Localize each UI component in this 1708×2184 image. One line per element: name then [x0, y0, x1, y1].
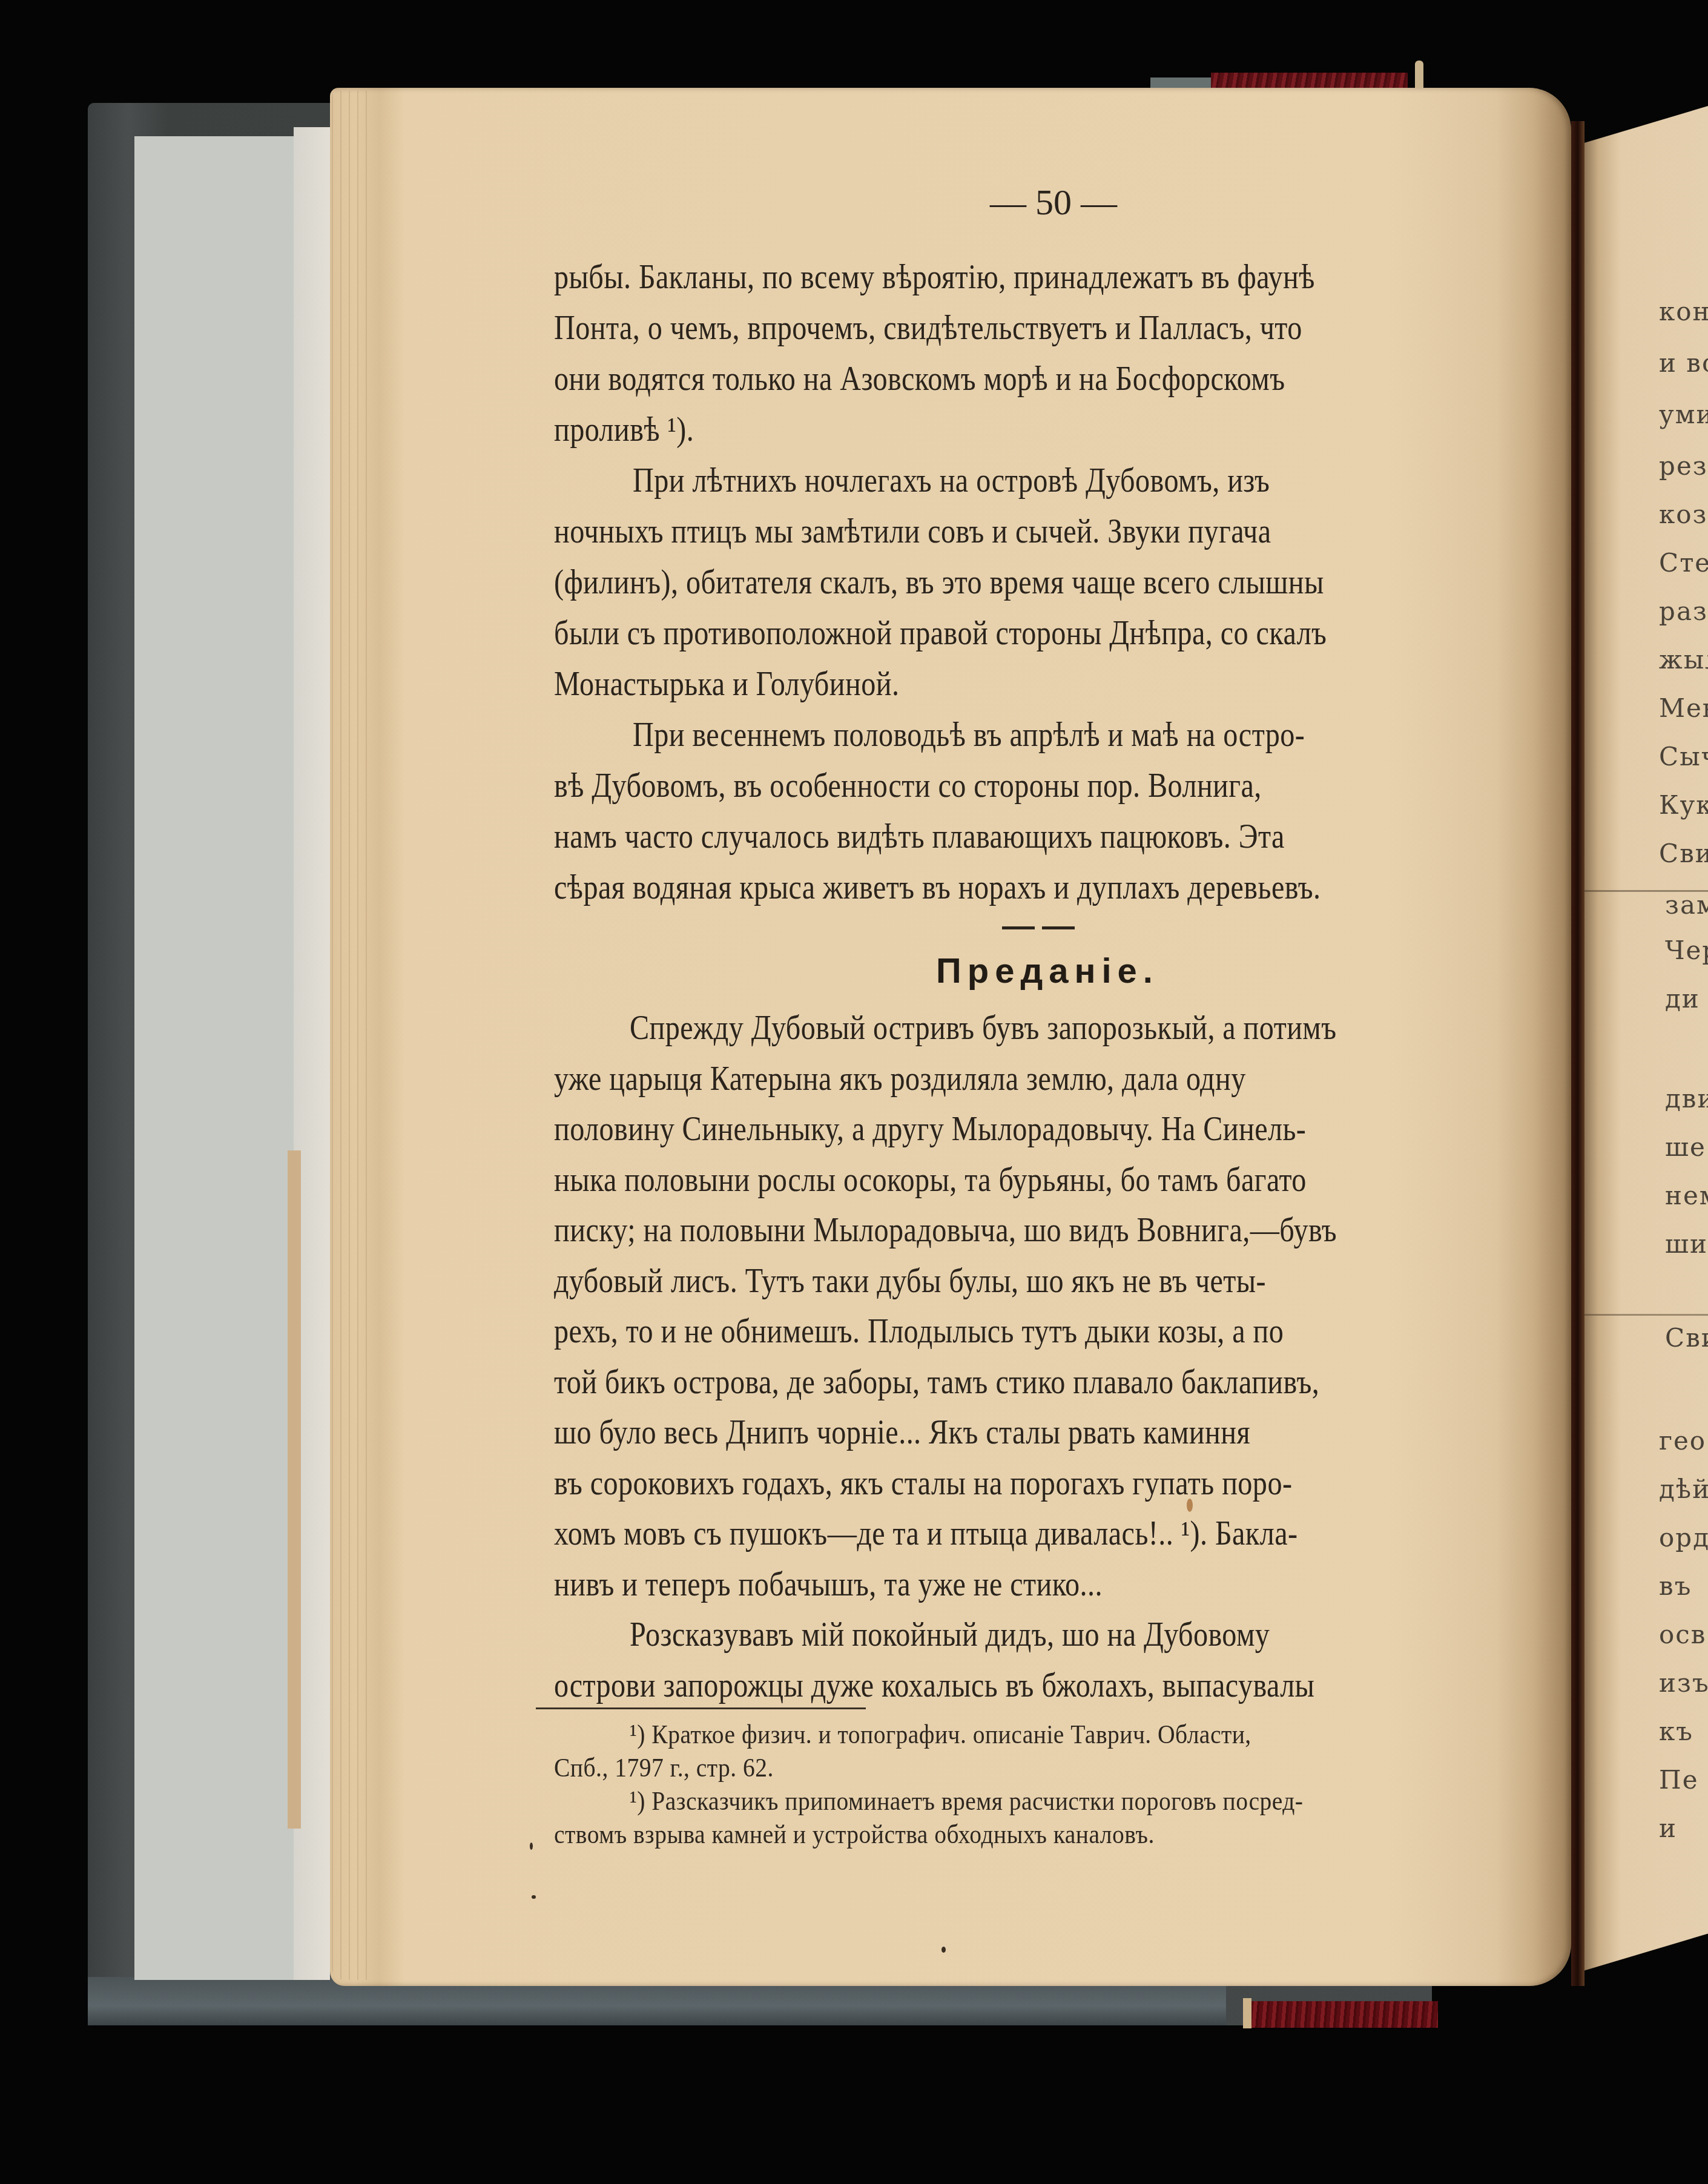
text-line: Понта, о чемъ, впрочемъ, свидѣтельствует… [554, 311, 1302, 345]
page-stack-edges [332, 91, 368, 1980]
text-line: въ сороковихъ годахъ, якъ сталы на порог… [554, 1466, 1292, 1500]
text-line: рехъ, то и не обнимешъ. Плодылысь тутъ д… [554, 1315, 1284, 1348]
facing-page-fragment: коза [1659, 500, 1708, 529]
facing-page-fragment: Мен [1659, 693, 1708, 723]
text-line: уже царыця Катерына якъ роздиляла землю,… [554, 1062, 1246, 1096]
facing-page-fragment: Чер [1665, 935, 1708, 965]
text-line: Монастырька и Голубиной. [554, 667, 899, 701]
text-line: ¹) Краткое физич. и топографич. описаніе… [630, 1721, 1251, 1748]
gutter [1571, 121, 1584, 1986]
text-line: писку; на половыни Мылорадовыча, шо видъ… [554, 1213, 1337, 1247]
text-line: хомъ мовъ съ пушокъ—де та и птыца дивала… [554, 1517, 1297, 1551]
facing-page-fragment: и вс [1659, 348, 1708, 378]
facing-page-fragment: къ [1659, 1717, 1693, 1746]
text-line: шо було весь Днипъ чорніе... Якъ сталы р… [554, 1416, 1250, 1450]
text-line: рыбы. Бакланы, по всему вѣроятію, принад… [554, 260, 1315, 294]
text-line: той бикъ острова, де заборы, тамъ стико … [554, 1365, 1319, 1399]
facing-page-fragment: въ [1659, 1571, 1692, 1601]
facing-page-fragment: жыл [1659, 645, 1708, 675]
text-line: ствомъ взрыва камней и устройства обходн… [554, 1821, 1155, 1848]
facing-page-fragment: осв [1659, 1620, 1706, 1649]
facing-page-fragment: резъ [1659, 451, 1708, 481]
facing-page-fragment: нем [1665, 1181, 1708, 1210]
text-line: ныка половыни рослы осокоры, та бурьяны,… [554, 1163, 1307, 1197]
text-line: нивъ и теперъ побачышъ, та уже не стико.… [554, 1568, 1103, 1602]
text-line: ночныхъ птицъ мы замѣтили совъ и сычей. … [554, 515, 1271, 549]
facing-page-fragment: Степ [1659, 548, 1708, 578]
text-line: сѣрая водяная крыса живетъ въ норахъ и д… [554, 871, 1321, 905]
facing-page-fragment: Свис [1659, 839, 1708, 868]
facing-page-fragment: ше [1665, 1132, 1706, 1162]
facing-page-fragment: и [1659, 1813, 1677, 1843]
text-line: были съ противоположной правой стороны Д… [554, 616, 1327, 650]
facing-page-fragment: орд [1659, 1523, 1708, 1552]
facing-page-fragment: коне [1659, 297, 1708, 326]
facing-page-fragment: дѣй [1659, 1474, 1708, 1504]
facing-page-fragment: зама [1665, 890, 1708, 920]
section-heading: Преданіе. [926, 951, 1169, 991]
text-line: (филинъ), обитателя скалъ, въ это время … [554, 566, 1324, 599]
text-line: острови запорожцы дуже кохалысь въ бжола… [554, 1669, 1314, 1703]
facing-page-fragment: ши [1665, 1229, 1708, 1259]
paper-speck [532, 1895, 536, 1899]
facing-page-fragment: Сыч [1659, 742, 1708, 771]
text-line: Спрежду Дубовый остривъ бувъ запорозькый… [630, 1011, 1337, 1045]
facing-page-fragment: гео [1659, 1426, 1706, 1456]
text-line: они водятся только на Азовскомъ морѣ и н… [554, 362, 1285, 396]
facing-page-fragment: Кук [1659, 790, 1708, 820]
text-line: половину Синельныку, а другу Мылорадовыч… [554, 1112, 1306, 1146]
facing-page-fragment: умил [1659, 400, 1708, 429]
text-line: Розсказувавъ мій покойный дидъ, шо на Ду… [630, 1618, 1270, 1652]
text-line: проливѣ ¹). [554, 413, 694, 447]
text-line: ¹) Разсказчикъ припоминаетъ время расчис… [630, 1788, 1303, 1815]
facing-page-fragment: ди [1665, 984, 1700, 1014]
text-line: намъ часто случалось видѣть плавающихъ п… [554, 820, 1285, 854]
section-separator [1002, 926, 1075, 929]
bookmark-ribbon-bottom [1243, 1998, 1251, 2028]
facing-page-fragment: Сви [1665, 1323, 1708, 1353]
text-block: рыбы. Бакланы, по всему вѣроятію, принад… [554, 0, 1541, 1998]
text-line: дубовый лисъ. Тутъ таки дубы булы, шо як… [554, 1264, 1266, 1298]
headband-bottom [1250, 2001, 1438, 2028]
facing-page-fragment: Пе [1659, 1765, 1698, 1795]
footnote-rule [536, 1707, 866, 1709]
text-line: вѣ Дубовомъ, въ особенности со стороны п… [554, 769, 1262, 803]
facing-page-fragment: изъ [1659, 1668, 1708, 1698]
text-line: При лѣтнихъ ночлегахъ на островѣ Дубовом… [633, 464, 1270, 498]
paper-speck [530, 1843, 533, 1850]
inserted-strip [288, 1150, 301, 1829]
facing-page-fragment: двис [1665, 1084, 1708, 1113]
facing-page-crease [1583, 1314, 1708, 1316]
text-line: Спб., 1797 г., стр. 62. [554, 1755, 774, 1781]
text-line: При весеннемъ половодьѣ въ апрѣлѣ и маѣ … [633, 718, 1305, 752]
facing-page-fragment: разс [1659, 596, 1708, 626]
